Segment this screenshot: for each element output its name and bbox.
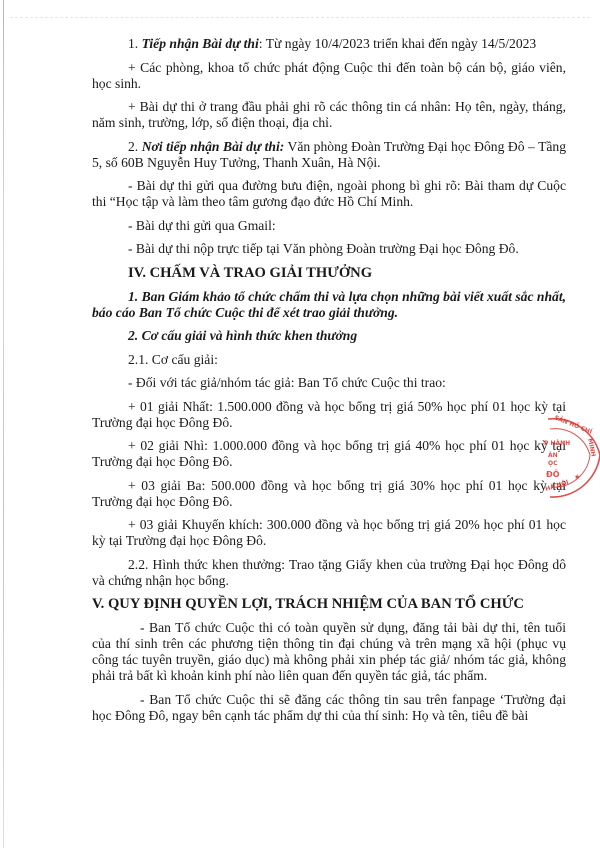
paragraph-direct: - Bài dự thi nộp trực tiếp tại Văn phòng… — [92, 241, 566, 257]
section-iv-sub21: 2.1. Cơ cấu giải: — [92, 352, 566, 368]
section-iv-intro: - Đối với tác giả/nhóm tác giả: Ban Tổ c… — [92, 375, 566, 391]
paragraph-gmail: - Bài dự thi gửi qua Gmail: — [92, 218, 566, 234]
section-iv-heading: IV. CHẤM VÀ TRAO GIẢI THƯỞNG — [92, 265, 566, 282]
paragraph-personal-info: + Bài dự thi ở trang đầu phải ghi rõ các… — [92, 99, 566, 131]
section-v-para2: - Ban Tổ chức Cuộc thi sẽ đăng các thông… — [92, 692, 566, 724]
red-seal-stamp-icon: SẢN HỒ CHÍ MINH P HÀNH ÀN ỌC ĐÔ ★ HÀ NỘI — [540, 405, 600, 505]
section-v-para1: - Ban Tổ chức Cuộc thi có toàn quyền sử … — [92, 620, 566, 684]
emphasis-receive: Tiếp nhận Bài dự thi — [142, 36, 259, 51]
section-iv-sub22: 2.2. Hình thức khen thưởng: Trao tặng Gi… — [92, 557, 566, 589]
section-iv-item1: 1. Ban Giám khảo tổ chức chấm thi và lựa… — [92, 289, 566, 321]
svg-text:ỌC: ỌC — [548, 460, 558, 467]
paragraph-departments: + Các phòng, khoa tổ chức phát động Cuộc… — [92, 60, 566, 92]
paragraph-receive-place: 2. Nơi tiếp nhận Bài dự thi: Văn phòng Đ… — [92, 139, 566, 171]
svg-text:HÀ NỘI: HÀ NỘI — [544, 479, 569, 493]
prize-first: + 01 giải Nhất: 1.500.000 đồng và học bổ… — [92, 399, 566, 431]
scan-top-dash — [10, 17, 590, 18]
scan-edge-line — [3, 0, 4, 848]
paragraph-receive-dates: 1. Tiếp nhận Bài dự thi: Từ ngày 10/4/20… — [92, 36, 566, 52]
document-page: 1. Tiếp nhận Bài dự thi: Từ ngày 10/4/20… — [92, 36, 566, 731]
svg-text:★: ★ — [574, 473, 580, 481]
prize-third: + 03 giải Ba: 500.000 đồng và học bổng t… — [92, 478, 566, 510]
svg-text:SẢN HỒ CHÍ: SẢN HỒ CHÍ — [553, 413, 594, 437]
prize-encouragement: + 03 giải Khuyến khích: 300.000 đồng và … — [92, 517, 566, 549]
emphasis-place: Nơi tiếp nhận Bài dự thi: — [142, 139, 285, 154]
section-v-heading: V. QUY ĐỊNH QUYỀN LỢI, TRÁCH NHIỆM CỦA B… — [92, 596, 566, 613]
section-iv-item2: 2. Cơ cấu giải và hình thức khen thưởng — [92, 328, 566, 344]
prize-second: + 02 giải Nhì: 1.000.000 đồng và học bổn… — [92, 438, 566, 470]
paragraph-post: - Bài dự thi gửi qua đường bưu điện, ngo… — [92, 178, 566, 210]
svg-text:ĐÔ: ĐÔ — [546, 468, 560, 479]
svg-text:ÀN: ÀN — [548, 452, 558, 459]
svg-text:P HÀNH: P HÀNH — [544, 440, 570, 447]
